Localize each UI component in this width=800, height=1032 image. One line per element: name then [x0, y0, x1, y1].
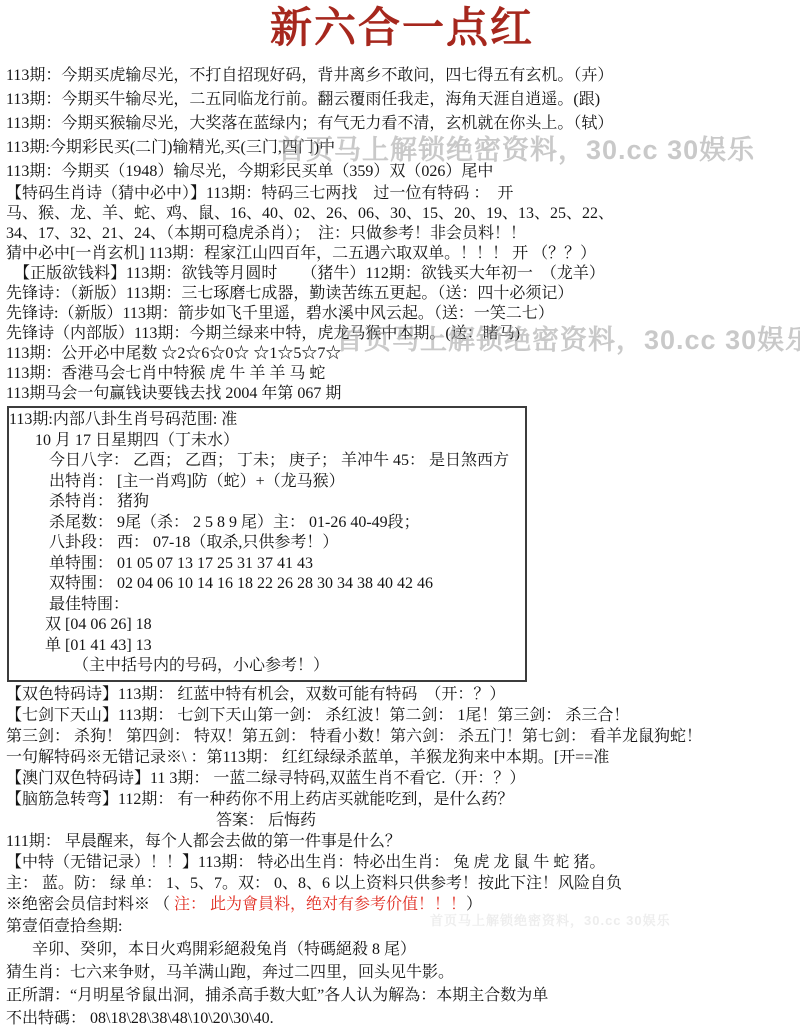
tip-line: 不出特碼： 08\18\28\38\48\10\20\30\40. [6, 1007, 798, 1030]
box-line: 单 [01 41 43] 13 [9, 636, 525, 657]
tip-line: 先锋诗:（新版）113期：箭步如飞千里遥，碧水溪中风云起。（送：一笑二七） [6, 304, 798, 324]
member-note-red-text: 注： 此为會員料，绝对有参考价值！！！ [174, 896, 466, 913]
tip-line: 第三剑： 杀狗！ 第四剑： 特双！第五剑： 特看小数！第六剑： 杀五门！第七剑：… [6, 726, 798, 747]
poem-line: 113期:今期彩民买(二门)输精光,买(三门,四门)中 [6, 136, 798, 160]
tip-line: 113期马会一句赢钱诀要钱去找 2004 年第 067 期 [6, 384, 798, 404]
member-note-line: ※绝密会员信封料※ （ 注： 此为會員料，绝对有参考价值！！！） [6, 894, 798, 915]
tip-line: 正所謂：“月明星爷鼠出洞，捕杀高手数大虹”各人认为解為：本期主合数为单 [6, 984, 798, 1007]
box-line: 出特肖： [主一肖鸡]防（蛇）+（龙马猴） [9, 472, 525, 493]
page-title: 新六合一点红 [6, 6, 798, 52]
box-line: 双 [04 06 26] 18 [9, 615, 525, 636]
tip-line: 【中特（无错记录）！！】113期： 特必出生肖：特必出生肖： 兔 虎 龙 鼠 牛… [6, 852, 798, 873]
tip-line: 【双色特码诗】113期： 红蓝中特有机会，双数可能有特码 （开：？） [6, 684, 798, 705]
tip-line: 【七剑下天山】113期： 七剑下天山第一剑： 杀红波！第二剑： 1尾！第三剑： … [6, 705, 798, 726]
tip-line: 一句解特码※无错记录※\ ：第113期： 红红绿绿杀蓝单，羊猴龙狗来中本期。[开… [6, 747, 798, 768]
poem-line: 113期：今期买牛输尽光，二五同临龙行前。翻云覆雨任我走，海角天涯自逍遥。(跟) [6, 88, 798, 112]
tip-line: 主： 蓝。防： 绿 单： 1、5、7。双： 0、8、6 以上资料只供参考！按此下… [6, 873, 798, 894]
box-line: 今日八字： 乙酉； 乙酉； 丁未； 庚子； 羊冲牛 45： 是日煞西方 [9, 451, 525, 472]
box-line: 单特围： 01 05 07 13 17 25 31 37 41 43 [9, 554, 525, 575]
box-line: 最佳特围： [9, 595, 525, 616]
tip-line: 先锋诗（内部版）113期：今期兰绿来中特，虎龙马猴中本期。(送：睹马) [6, 324, 798, 344]
document-page: 新六合一点红 113期：今期买虎输尽光，不打自招现好码，背井离乡不敢问，四七得五… [0, 0, 800, 1030]
poem-line: 113期：今期买猴输尽光，大奖落在蓝绿内；有气无力看不清，玄机就在你头上。（轼） [6, 112, 798, 136]
tip-line: 马、猴、龙、羊、蛇、鸡、鼠、16、40、02、26、06、30、15、20、19… [6, 204, 798, 224]
box-line: （主中括号内的号码，小心参考！） [9, 656, 525, 677]
tip-line: 辛卯、癸卯，本日火鸡開彩絕殺兔肖（特碼絕殺 8 尾） [6, 938, 798, 961]
box-line: 杀尾数： 9尾（杀： 2 5 8 9 尾）主： 01-26 40-49段； [9, 513, 525, 534]
riddle-answer: 答案： 后悔药 [6, 810, 798, 831]
issue-heading: 第壹佰壹拾叁期: [6, 915, 798, 938]
tip-line: 猜中必中[一肖玄机] 113期：程家江山四百年，二五遇六取双单。！！！ 开 （？… [6, 244, 798, 264]
tip-line: 113期：香港马会七肖中特猴 虎 牛 羊 羊 马 蛇 [6, 364, 798, 384]
tip-line: 【正版欲钱料】113期：欲钱等月圆时 （猪牛）112期：欲钱买大年初一 （龙羊） [6, 264, 798, 284]
tip-line: 【特码生肖诗（猜中必中）】113期：特码三七两找 过一位有特码 ： 开 [6, 184, 798, 204]
riddle-line: 111期： 早晨醒来，每个人都会去做的第一件事是什么？ [6, 831, 798, 852]
tip-line: 猜生肖：七六来争财，马羊满山跑，奔过二四里，回头见牛影。 [6, 961, 798, 984]
box-line: 杀特肖： 猪狗 [9, 492, 525, 513]
bottom-section: 【双色特码诗】113期： 红蓝中特有机会，双数可能有特码 （开：？） 【七剑下天… [6, 684, 798, 915]
tip-line: 113期：公开必中尾数 ☆2☆6☆0☆ ☆1☆5☆7☆ [6, 344, 798, 364]
poem-line: 113期：今期买虎输尽光，不打自招现好码，背井离乡不敢问，四七得五有玄机。（卉） [6, 64, 798, 88]
tip-line: 34、17、32、21、24、（本期可稳虎杀肖）； 注：只做参考！非会员料！！ [6, 224, 798, 244]
tip-line: 先锋诗：（新版）113期：三七琢磨七成器，勤读苦练五更起。（送：四十必须记） [6, 284, 798, 304]
bagua-info-box: 113期:内部八卦生肖号码范围: 准 10 月 17 日星期四（丁未水） 今日八… [7, 406, 527, 682]
box-line: 八卦段： 西： 07-18（取杀,只供参考！） [9, 533, 525, 554]
tip-line: 【澳门双色特码诗】11 3期： 一蓝二绿寻特码,双蓝生肖不看它.（开：？） [6, 768, 798, 789]
box-line: 双特围： 02 04 06 10 14 16 18 22 26 28 30 34… [9, 574, 525, 595]
riddle-line: 【脑筋急转弯】112期： 有一种药你不用上药店买就能吃到，是什么药？ [6, 789, 798, 810]
box-line: 113期:内部八卦生肖号码范围: 准 [9, 410, 525, 431]
poem-line: 113期：今期买（1948）输尽光，今期彩民买单（359）双（026）尾中 [6, 160, 798, 184]
member-note-suffix: ） [466, 896, 482, 913]
box-line: 10 月 17 日星期四（丁未水） [9, 431, 525, 452]
final-section: 第壹佰壹拾叁期: 辛卯、癸卯，本日火鸡開彩絕殺兔肖（特碼絕殺 8 尾） 猜生肖：… [6, 915, 798, 1030]
member-note-prefix: ※绝密会员信封料※ （ [6, 896, 174, 913]
